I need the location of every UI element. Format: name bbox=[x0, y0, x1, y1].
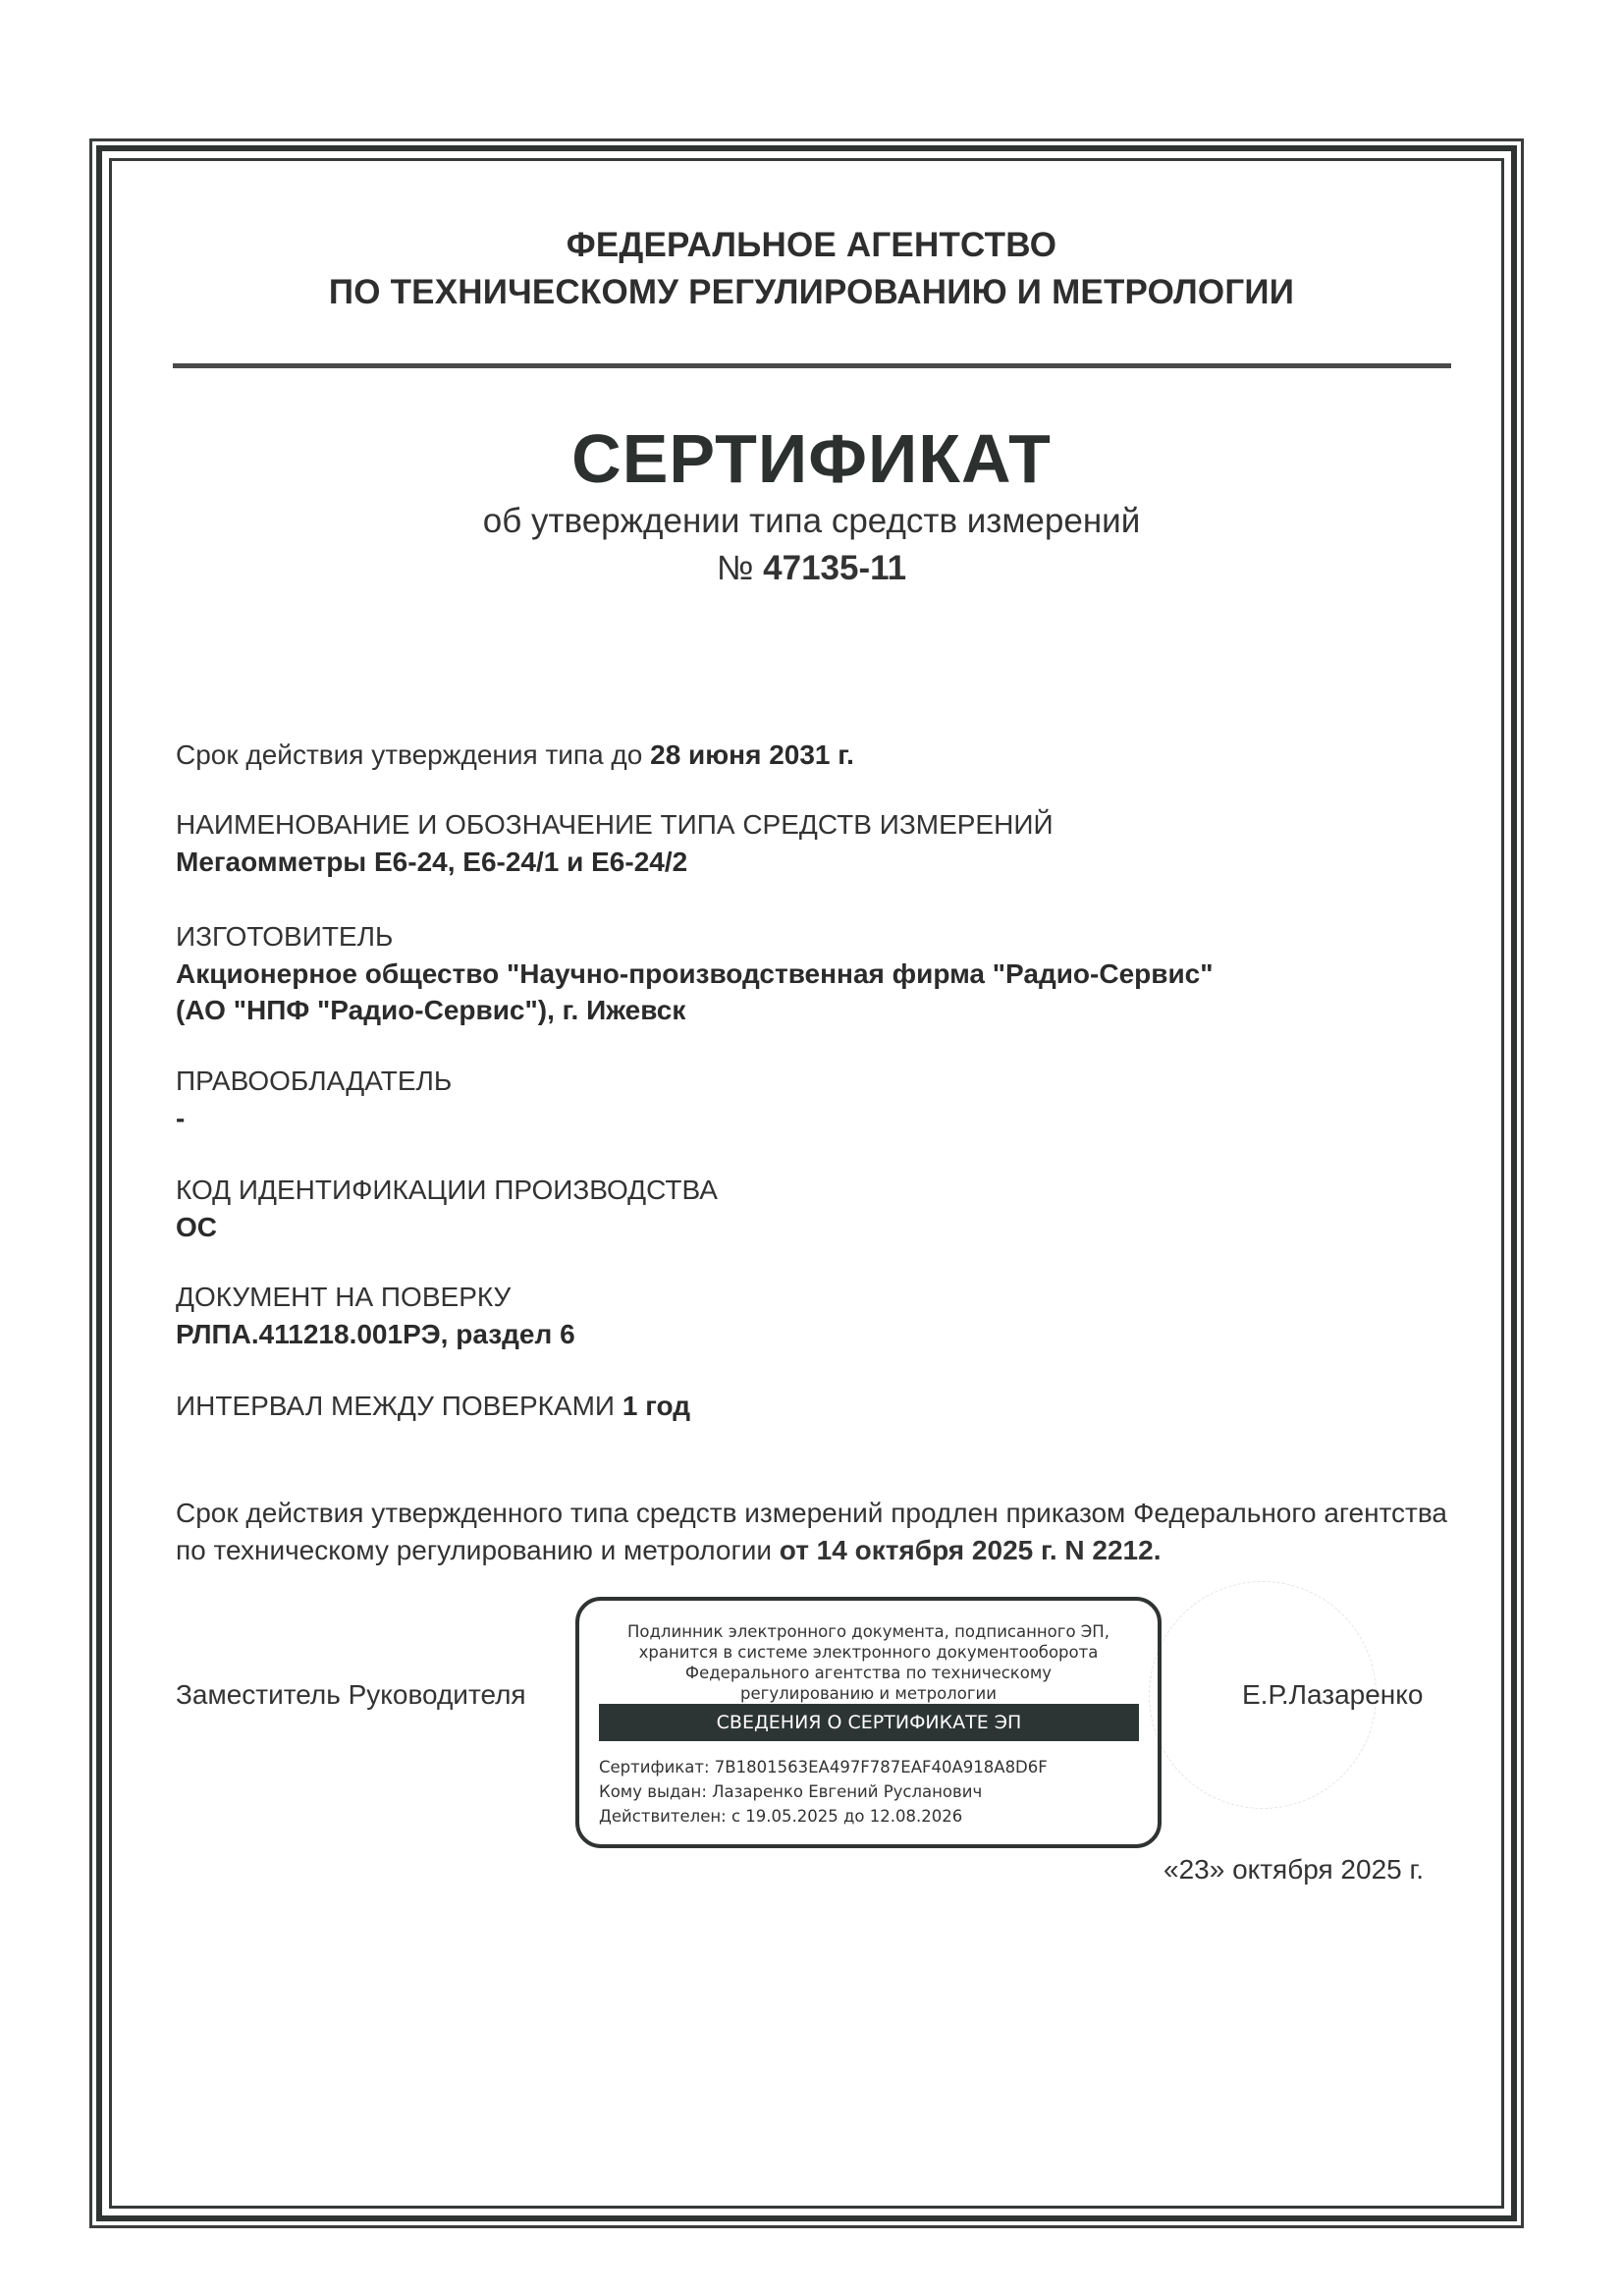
field-verification-interval: ИНТЕРВАЛ МЕЖДУ ПОВЕРКАМИ 1 год bbox=[176, 1389, 690, 1424]
validity-line: Срок действия утверждения типа до 28 июн… bbox=[176, 738, 854, 773]
field-value-type-name: Мегаомметры Е6-24, Е6-24/1 и Е6-24/2 bbox=[176, 845, 687, 880]
verification-doc-value: РЛПА.411218.001РЭ, раздел 6 bbox=[176, 1319, 575, 1349]
validity-label: Срок действия утверждения типа до bbox=[176, 739, 642, 770]
field-label-type-name: НАИМЕНОВАНИЕ И ОБОЗНАЧЕНИЕ ТИПА СРЕДСТВ … bbox=[176, 807, 1054, 843]
e-signature-stamp: Подлинник электронного документа, подпис… bbox=[575, 1597, 1162, 1848]
header-divider bbox=[173, 363, 1451, 368]
agency-name-line2: ПО ТЕХНИЧЕСКОМУ РЕГУЛИРОВАНИЮ И МЕТРОЛОГ… bbox=[0, 269, 1623, 316]
field-value-rightholder: - bbox=[176, 1101, 185, 1136]
e-signature-details: Сертификат: 7B1801563EA497F787EAF40A918A… bbox=[599, 1755, 1048, 1829]
type-name-value: Мегаомметры Е6-24, Е6-24/1 и Е6-24/2 bbox=[176, 847, 687, 877]
e-signature-header-line4: регулированию и метрологии bbox=[579, 1683, 1158, 1704]
field-value-manufacturer-line2: (АО "НПФ "Радио-Сервис"), г. Ижевск bbox=[176, 993, 685, 1028]
field-value-manufacturer-line1: Акционерное общество "Научно-производств… bbox=[176, 957, 1214, 992]
interval-label: ИНТЕРВАЛ МЕЖДУ ПОВЕРКАМИ bbox=[176, 1391, 615, 1421]
certificate-number: № 47135-11 bbox=[0, 546, 1623, 591]
field-label-verification-doc: ДОКУМЕНТ НА ПОВЕРКУ bbox=[176, 1280, 511, 1315]
e-signature-issued-to: Кому выдан: Лазаренко Евгений Русланович bbox=[599, 1779, 1048, 1804]
e-signature-certificate-id: Сертификат: 7B1801563EA497F787EAF40A918A… bbox=[599, 1755, 1048, 1779]
field-label-rightholder: ПРАВООБЛАДАТЕЛЬ bbox=[176, 1064, 452, 1099]
signatory-name: Е.Р.Лазаренко bbox=[1242, 1677, 1423, 1713]
manufacturer-value-line1: Акционерное общество "Научно-производств… bbox=[176, 958, 1214, 989]
production-code-value: ОС bbox=[176, 1212, 217, 1242]
field-label-production-code: КОД ИДЕНТИФИКАЦИИ ПРОИЗВОДСТВА bbox=[176, 1173, 718, 1208]
rightholder-value: - bbox=[176, 1103, 185, 1133]
number-value: 47135-11 bbox=[763, 549, 906, 587]
e-signature-header-line1: Подлинник электронного документа, подпис… bbox=[579, 1621, 1158, 1642]
certificate-title: СЕРТИФИКАТ bbox=[0, 414, 1623, 503]
field-value-production-code: ОС bbox=[176, 1210, 217, 1245]
manufacturer-value-line2: (АО "НПФ "Радио-Сервис"), г. Ижевск bbox=[176, 995, 685, 1025]
e-signature-header: Подлинник электронного документа, подпис… bbox=[579, 1621, 1158, 1704]
interval-value: 1 год bbox=[622, 1391, 690, 1421]
e-signature-header-line2: хранится в системе электронного документ… bbox=[579, 1642, 1158, 1663]
e-signature-bar: СВЕДЕНИЯ О СЕРТИФИКАТЕ ЭП bbox=[599, 1704, 1139, 1741]
extension-order: от 14 октября 2025 г. N 2212. bbox=[780, 1535, 1162, 1565]
signatory-role: Заместитель Руководителя bbox=[176, 1677, 526, 1713]
certificate-subtitle: об утверждении типа средств измерений bbox=[0, 499, 1623, 544]
extension-paragraph: Срок действия утвержденного типа средств… bbox=[176, 1495, 1447, 1569]
validity-value: 28 июня 2031 г. bbox=[650, 739, 854, 770]
e-signature-header-line3: Федерального агентства по техническому bbox=[579, 1663, 1158, 1683]
field-value-verification-doc: РЛПА.411218.001РЭ, раздел 6 bbox=[176, 1317, 575, 1352]
number-prefix: № bbox=[717, 549, 754, 587]
e-signature-validity: Действителен: с 19.05.2025 до 12.08.2026 bbox=[599, 1804, 1048, 1829]
agency-name-line1: ФЕДЕРАЛЬНОЕ АГЕНТСТВО bbox=[0, 222, 1623, 269]
field-label-manufacturer: ИЗГОТОВИТЕЛЬ bbox=[176, 919, 393, 955]
signature-date: «23» октября 2025 г. bbox=[1163, 1852, 1424, 1887]
